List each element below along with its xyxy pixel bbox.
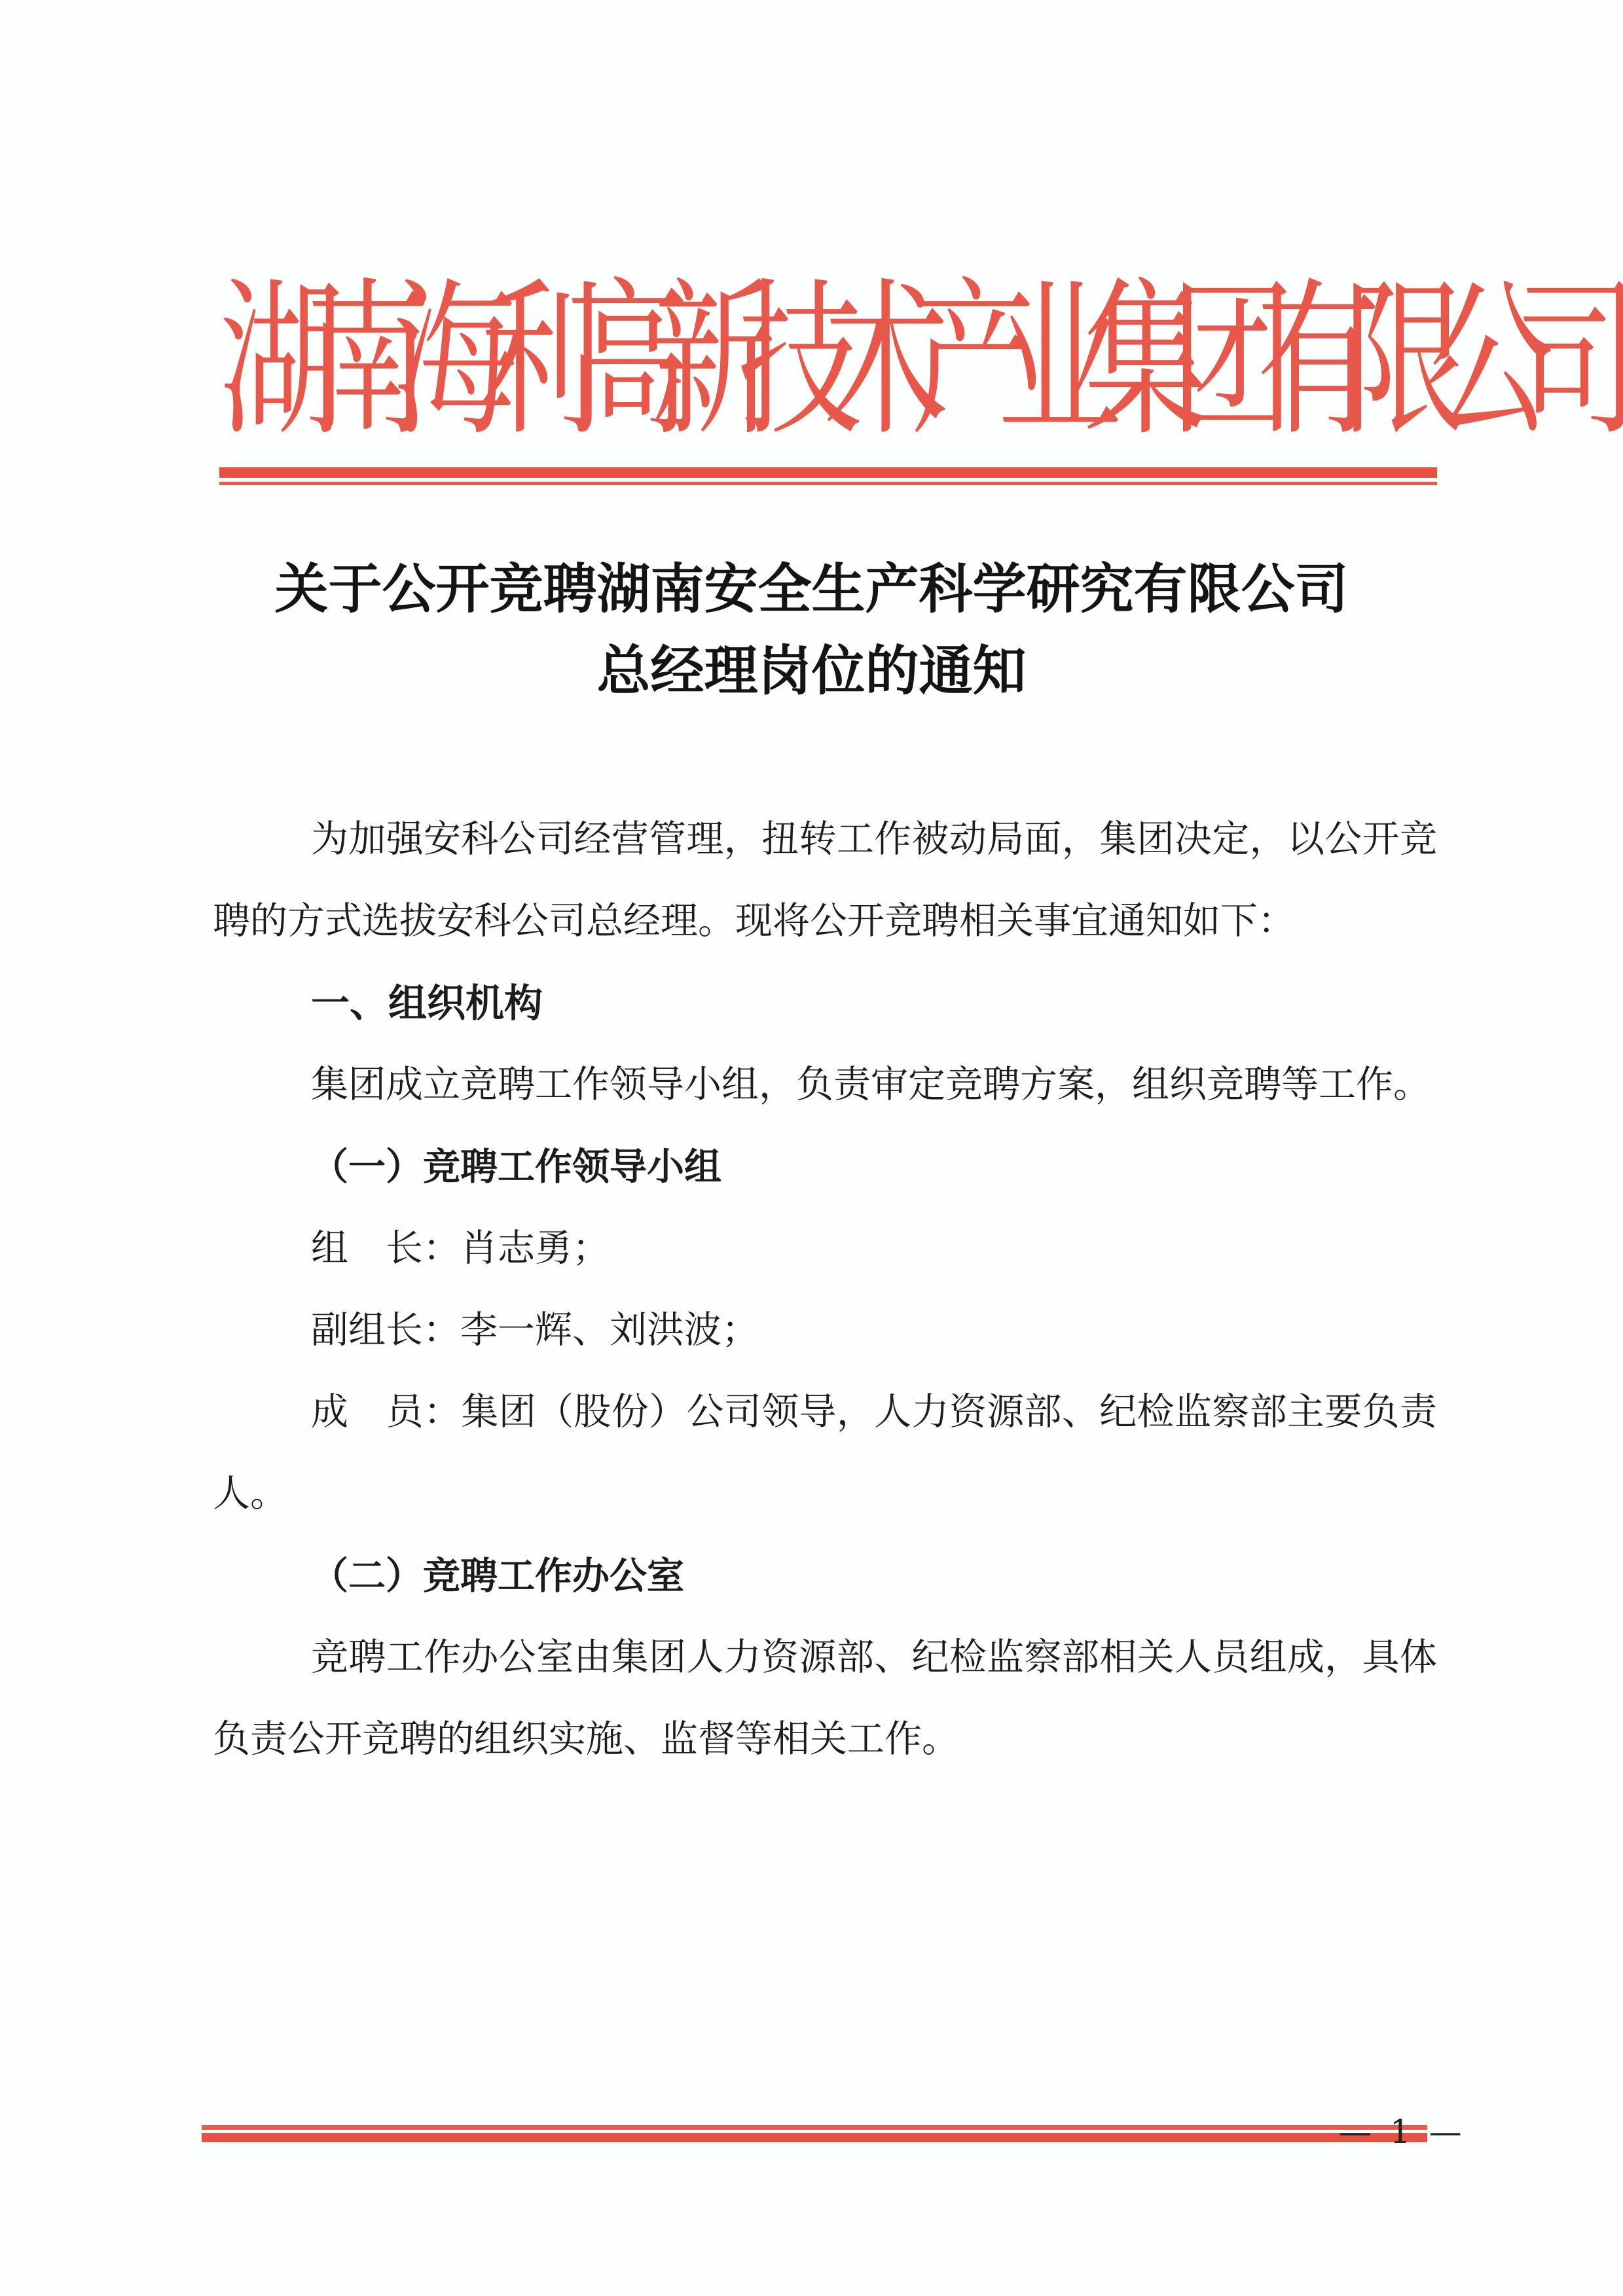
leader-line: 组 长：肖志勇；: [213, 1208, 1437, 1289]
masthead-char: 技: [738, 226, 824, 467]
subsection-heading-2: （二）竞聘工作办公室: [213, 1535, 1437, 1617]
document-title-line-1: 关于公开竞聘湖南安全生产科学研究有限公司: [0, 547, 1623, 623]
masthead-char: 利: [479, 226, 565, 467]
masthead-char: 湖: [219, 226, 306, 467]
masthead-char: 集: [1084, 226, 1170, 467]
masthead-char: 高: [565, 226, 651, 467]
masthead-char: 业: [997, 226, 1084, 467]
office-paragraph: 竞聘工作办公室由集团人力资源部、纪检监察部相关人员组成，具体负责公开竞聘的组织实…: [213, 1617, 1437, 1780]
masthead-char: 南: [306, 226, 392, 467]
intro-paragraph: 为加强安科公司经营管理，扭转工作被动局面，集团决定，以公开竞聘的方式选拔安科公司…: [213, 798, 1437, 962]
masthead-char: 司: [1516, 226, 1602, 467]
masthead-char: 限: [1343, 226, 1429, 467]
subsection-heading-1: （一）竞聘工作领导小组: [213, 1126, 1437, 1208]
deputy-leader-line: 副组长：李一辉、刘洪波；: [213, 1289, 1437, 1371]
masthead-char: 公: [1429, 226, 1516, 467]
masthead-red-rule: [219, 467, 1437, 485]
section-1-paragraph: 集团成立竞聘工作领导小组，负责审定竞聘方案，组织竞聘等工作。: [213, 1044, 1437, 1126]
document-title-line-2: 总经理岗位的通知: [0, 628, 1623, 705]
members-line: 成 员：集团（股份）公司领导，人力资源部、纪检监察部主要负责人。: [213, 1371, 1437, 1535]
section-heading-1: 一、组织机构: [213, 962, 1437, 1044]
masthead-char: 海: [392, 226, 479, 467]
masthead-char: 团: [1170, 226, 1256, 467]
masthead-char: 有: [1256, 226, 1343, 467]
masthead-char: 产: [911, 226, 997, 467]
footer-red-rule: [202, 2125, 1427, 2142]
page-number: — 1 —: [1339, 2113, 1466, 2151]
document-body: 为加强安科公司经营管理，扭转工作被动局面，集团决定，以公开竞聘的方式选拔安科公司…: [213, 798, 1437, 1780]
document-page: 湖 南 海 利 高 新 技 术 产 业 集 团 有 限 公 司 关于公开竞聘湖南…: [0, 0, 1623, 2296]
masthead-char: 术: [824, 226, 911, 467]
masthead-char: 新: [651, 226, 738, 467]
organization-masthead: 湖 南 海 利 高 新 技 术 产 业 集 团 有 限 公 司: [219, 223, 1434, 470]
